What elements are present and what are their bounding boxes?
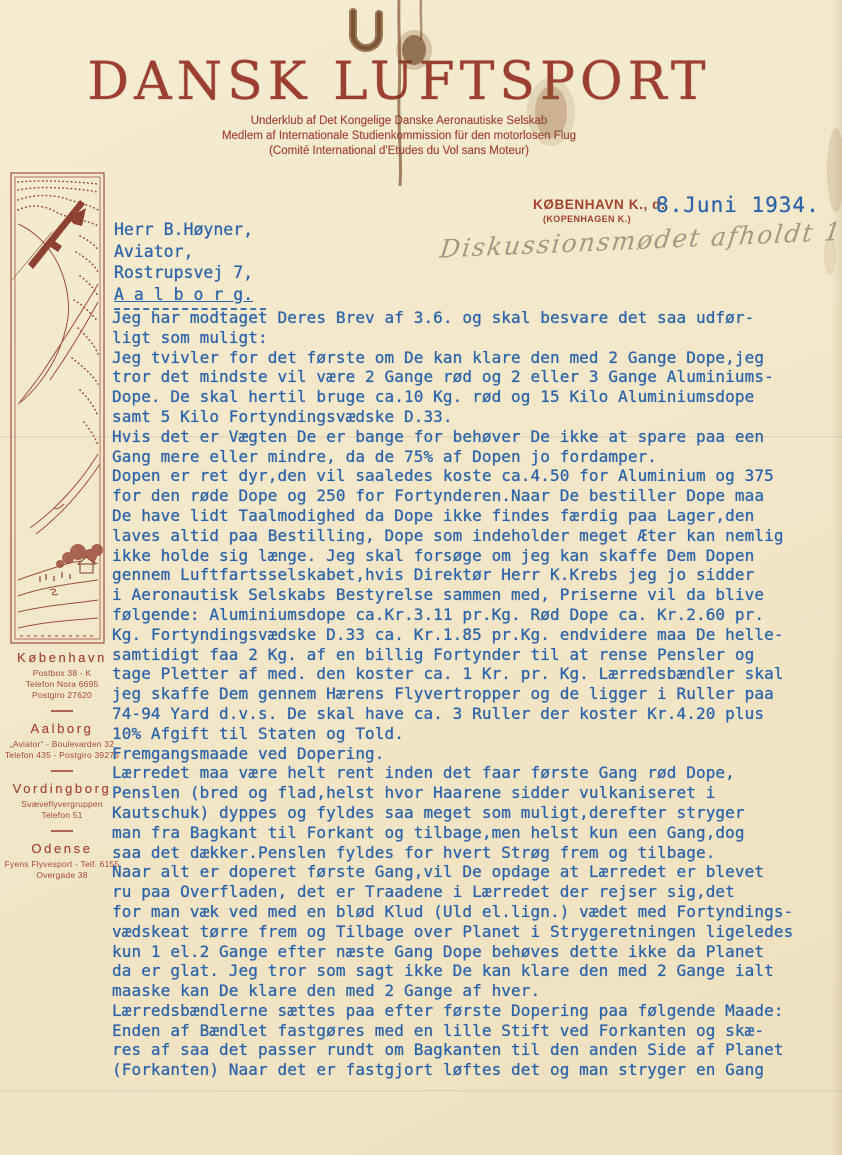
typed-line: man fra Bagkant til Forkant og tilbage,m… [112,823,836,843]
typed-line: tror det mindste vil være 2 Gange rød og… [112,367,836,387]
office-vordingborg: VordingborgSvæveflyvergruppenTelefon 51 [0,781,124,821]
office-odense: OdenseFyens Flyvesport - Telf. 6155Overg… [0,841,124,881]
letterhead-title: DANSK LUFTSPORT [84,52,714,112]
typed-line: i Aeronautisk Selskabs Bestyrelse sammen… [112,585,836,605]
office-detail: Svæveflyvergruppen [0,799,124,810]
typed-line: da er glat. Jeg tror som sagt ikke De ka… [112,961,836,981]
subtitle-line: Underklub af Det Kongelige Danske Aerona… [84,114,714,129]
office-city-label: København [0,650,124,665]
handwritten-note: Diskussionsmødet afholdt 10/5 - [438,217,831,263]
typed-line: maaske kan De klare den med 2 Gange af h… [112,981,836,1001]
typed-line: (Forkanten) Naar det er fastgjort løftes… [112,1060,836,1080]
recipient-line: Herr B.Høyner, [114,219,266,241]
recipient-block: Herr B.Høyner,Aviator,Rostrupsvej 7, A a… [114,219,266,310]
office-divider [51,830,73,832]
office-københavn: KøbenhavnPostbox 38 - KTelefon Nora 6695… [0,650,124,701]
typed-line: ru paa Overfladen, det er Traadene i Lær… [112,882,836,902]
office-detail: „Aviator“ - Boulevarden 32 [0,739,124,750]
typed-line: tage Pletter af med. den koster ca. 1 Kr… [112,664,836,684]
typed-line: laves altid paa Bestilling, Dope som ind… [112,526,836,546]
typed-line: Lærredsbændlerne sættes paa efter første… [112,1001,836,1021]
sidebar-offices: KøbenhavnPostbox 38 - KTelefon Nora 6695… [0,650,124,883]
typed-line: Dope. De skal hertil bruge ca.10 Kg. rød… [112,387,836,407]
typed-line: Gang mere eller mindre, da de 75% af Dop… [112,447,836,467]
typed-line: vædskeat tørre frem og Tilbage over Plan… [112,922,836,942]
recipient-lines: Herr B.Høyner,Aviator,Rostrupsvej 7, [114,219,266,284]
typed-line: kun 1 el.2 Gange efter næste Gang Dope b… [112,942,836,962]
typed-line: Penslen (bred og flad,helst hvor Haarene… [112,783,836,803]
typed-date: 8.Juni 1934. [656,193,820,217]
typed-line: for man væk ved med en blød Klud (Uld el… [112,902,836,922]
typed-line: 10% Afgift til Staten og Told. [112,724,836,744]
typed-line: ikke holde sig længe. Jeg skal forsøge o… [112,546,836,566]
typed-line: De have lidt Taalmodighed da Dope ikke f… [112,506,836,526]
fold-crease [0,1090,842,1093]
office-detail: Fyens Flyvesport - Telf. 6155 [0,859,124,870]
typed-line: Enden af Bændlet fastgøres med en lille … [112,1021,836,1041]
typed-line: Jeg tvivler for det første om De kan kla… [112,348,836,368]
typed-line: Kautschuk) dyppes og fyldes saa meget so… [112,803,836,823]
recipient-city: A a l b o r g. [114,284,266,306]
glider-landscape-drawing [10,172,105,644]
dateline-place-alt: (KOPENHAGEN K.) [543,214,631,224]
body-lines: Jeg har modtaget Deres Brev af 3.6. og s… [112,308,836,1080]
typed-line: samt 5 Kilo Fortyndingsvædske D.33. [112,407,836,427]
subtitle-line: Medlem af Internationale Studienkommissi… [84,129,714,144]
office-detail: Overgade 38 [0,870,124,881]
typed-line: Naar alt er doperet første Gang,vil De o… [112,862,836,882]
letterhead-subtitles: Underklub af Det Kongelige Danske Aerona… [84,114,714,159]
typed-line: saa det dækker.Penslen fyldes for hvert … [112,843,836,863]
office-divider [51,710,73,712]
office-city-label: Vordingborg [0,781,124,796]
dateline-place: KØBENHAVN K., d. [533,197,665,212]
typed-line: følgende: Aluminiumsdope ca.Kr.3.11 pr.K… [112,605,836,625]
office-detail: Postgiro 27620 [0,690,124,701]
typed-line: for den røde Dope og 250 for Fortynderen… [112,486,836,506]
office-detail: Telefon 435 - Postgiro 39275 [0,750,124,761]
typed-line: 74-94 Yard d.v.s. De skal have ca. 3 Rul… [112,704,836,724]
office-city-label: Aalborg [0,721,124,736]
typed-line: res af saa det passer rundt om Bagkanten… [112,1040,836,1060]
typed-line: Dopen er ret dyr,den vil saaledes koste … [112,466,836,486]
typed-line: gennem Luftfartsselskabet,hvis Direktør … [112,565,836,585]
office-detail: Postbox 38 - K [0,668,124,679]
recipient-line: Aviator, [114,241,266,263]
typed-line: ligt som muligt: [112,328,836,348]
typed-line: Kg. Fortyndingsvædske D.33 ca. Kr.1.85 p… [112,625,836,645]
office-detail: Telefon 51 [0,810,124,821]
typed-line: Lærredet maa være helt rent inden det fa… [112,763,836,783]
typed-line: Jeg har modtaget Deres Brev af 3.6. og s… [112,308,836,328]
typed-line: Hvis det er Vægten De er bange for behøv… [112,427,836,447]
office-divider [51,770,73,772]
typed-line: Fremgangsmaade ved Dopering. [112,744,836,764]
typed-line: jeg skaffe Dem gennem Hærens Flyvertropp… [112,684,836,704]
glider-illustration [10,172,105,649]
office-detail: Telefon Nora 6695 [0,679,124,690]
recipient-line: Rostrupsvej 7, [114,262,266,284]
letter-scan: DANSK LUFTSPORT Underklub af Det Kongeli… [0,0,842,1155]
typed-line: samtidigt faa 2 Kg. af en billig Fortynd… [112,645,836,665]
office-city-label: Odense [0,841,124,856]
subtitle-line: (Comité International d'Etudes du Vol sa… [84,144,714,159]
office-aalborg: Aalborg„Aviator“ - Boulevarden 32Telefon… [0,721,124,761]
